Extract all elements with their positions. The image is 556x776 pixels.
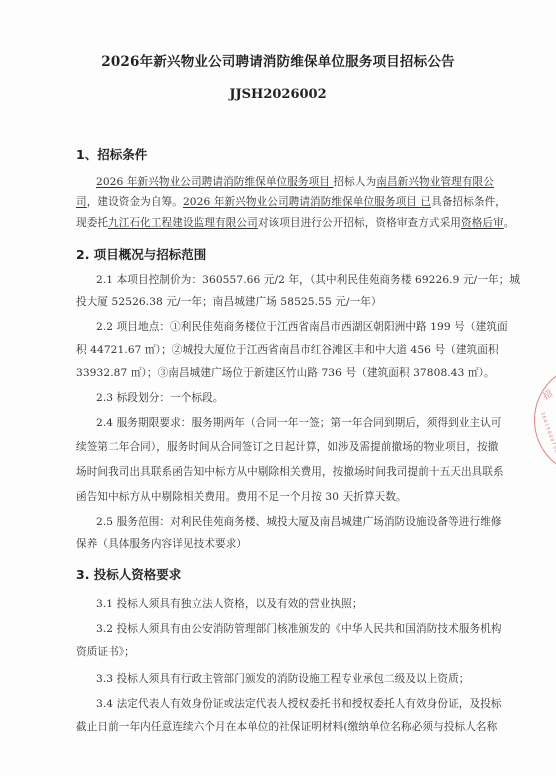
document-title: 2026年新兴物业公司聘请消防维保单位服务项目招标公告 (0, 50, 556, 70)
section-2-line: 2.2 项目地点：①利民佳苑商务楼位于江西省南昌市西湖区朝阳洲中路 199 号（… (96, 320, 508, 334)
section-3-line: 3.4 法定代表人有效身份证或法定代表人授权委托书和授权委托人有效身份证，及投标 (96, 697, 508, 711)
section-2-line: 续签第二年合同），服务时间从合同签订之日起计算，如涉及需提前撤场的物业项目，按撤 (76, 440, 488, 454)
section-2-line: 保养（具体服务内容详见技术要求） (76, 537, 488, 551)
section-2-line: 33932.87 ㎡）；③南昌城建广场位于新建区竹山路 736 号（建筑面积 3… (76, 366, 488, 380)
section-3-line: 3.1 投标人须具有独立法人资格，以及有效的营业执照； (96, 597, 508, 611)
text: 对该项目进行公开招标，资格审查方式采用 (258, 217, 461, 229)
section-3-heading: 3. 投标人资格要求 (76, 565, 181, 583)
text: 招标人为 (333, 176, 376, 188)
section-2-heading: 2. 项目概况与招标范围 (76, 245, 206, 263)
document-code: JJSH2026002 (0, 87, 556, 102)
project-name: 2026 年新兴物业公司聘请消防维保单位服务项目 (96, 176, 333, 188)
text: 具备招标条件， (431, 196, 506, 208)
section-1-line-3: 现委托九江石化工程建设监理有限公司对该项目进行公开招标，资格审查方式采用资格后审… (76, 216, 488, 230)
section-1-line-2: 司，建设资金为自筹。2026 年新兴物业公司聘请消防维保单位服务项目 已具备招标… (76, 195, 488, 209)
section-3-line: 3.3 投标人须具有行政主管部门颁发的消防设施工程专业承包二级及以上资质； (96, 672, 508, 686)
section-2-line: 2.3 标段划分：一个标段。 (96, 391, 508, 405)
text: 现委托 (76, 217, 108, 229)
section-1-heading: 1、招标条件 (76, 145, 147, 163)
project-name: 2026 年新兴物业公司聘请消防维保单位服务项目 已 (183, 196, 431, 208)
tenderer-name: 南昌新兴物业管理有限公 (376, 176, 494, 188)
agency-name: 九江石化工程建设监理有限公司 (108, 217, 258, 229)
section-2-line: 投大厦 52526.38 元/一年；南昌城建广场 58525.55 元/一年） (76, 295, 488, 309)
section-2-line: 积 44721.67 ㎡）；②城投大厦位于江西省南昌市红谷滩区丰和中大道 456… (76, 343, 488, 357)
section-2-line: 2.4 服务期限要求：服务期两年（合同一年一签；第一年合同到期后，须得到业主认可 (96, 416, 508, 430)
section-2-line: 场时间我司出具联系函告知中标方从中剔除相关费用，按撤场时间我司提前十五天出具联系 (76, 465, 488, 479)
section-3-line: 截止日前一年内任意连续六个月在本单位的社保证明材料(缴纳单位名称必须与投标人名称 (76, 720, 488, 734)
section-3-line: 3.2 投标人须具有由公安消防管理部门核准颁发的《中华人民共和国消防技术服务机构 (96, 622, 508, 636)
section-2-line: 2.1 本项目控制价为：360557.66 元/2 年，（其中利民佳苑商务楼 6… (96, 273, 508, 287)
text: ，建设资金为自筹。 (87, 196, 183, 208)
review-method: 资格后审 (461, 217, 504, 229)
section-2-line: 2.5 服务范围：对利民佳苑商务楼、城投大厦及南昌城建广场消防设施设备等进行维修 (96, 515, 508, 529)
text: 。 (504, 217, 515, 229)
section-2-line: 函告知中标方从中剔除相关费用。费用不足一个月按 30 天折算天数。 (76, 490, 488, 504)
section-1-line-1: 2026 年新兴物业公司聘请消防维保单位服务项目 招标人为南昌新兴物业管理有限公 (96, 175, 508, 189)
document-page: 2026年新兴物业公司聘请消防维保单位服务项目招标公告 JJSH2026002 … (0, 0, 556, 776)
section-3-line: 资质证书》； (76, 645, 488, 659)
tenderer-name-end: 司 (76, 196, 87, 208)
